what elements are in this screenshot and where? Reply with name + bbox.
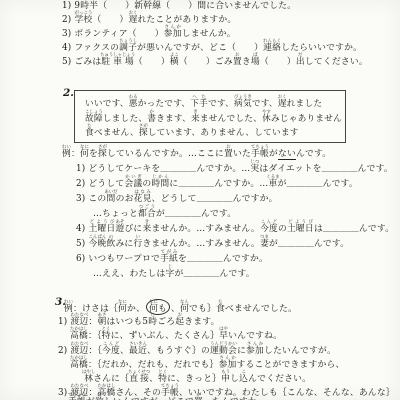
- exercise-2-fill-blanks: 1) どうしてケーキを＿＿＿＿んですか。…実じつはダイエットを＿＿＿＿んです。 …: [76, 160, 394, 280]
- word-box-row-2: 故障こしょうしました、書かきます、来きませんでした、休やすみじゃありません: [85, 110, 345, 125]
- word-box-row-1: いいです、悪わるかったです、下手へたです、病気びょうきです、遅おくれました: [85, 95, 345, 110]
- exercise2-item-3-answer: …ちょっと都合つごうが＿＿＿＿んです。: [76, 205, 394, 220]
- exercise3-example: 例れい：けさは｛何なにか、何なにも、何なんでも｝食たべませんでした。: [56, 299, 395, 313]
- exercise-1-particle-fill: 1) 9時半（ ）新幹線しんかんせん（ ）間まに合いませんでした。 2) 学校が…: [62, 0, 368, 66]
- exercise2-item-4: 4) 土曜日どようび遊あそびに来きませんか。…すみません。今度こんどの土曜日どよ…: [76, 220, 394, 235]
- exercise2-item-2: 2) どうして会議かいぎの時間じかんに＿＿＿＿んですか。…車くるまが＿＿＿＿んで…: [76, 175, 394, 190]
- exercise1-item-1: 1) 9時半（ ）新幹線しんかんせん（ ）間まに合いませんでした。: [62, 0, 368, 11]
- exercise3-item-2-takahashi-cont: 林はやしさんに｛直接ちょくせつ、特とくに、きっと｝申もうし込こんでください。: [56, 370, 395, 384]
- exercise3-item-2-takahashi: 高橋たかはし：｛だれか、だれも、だれでも｝参加さんかすることができますから、: [56, 356, 395, 370]
- exercise3-item-1-takahashi: 高橋たかはし：｛特とくに、ずいぶん、たくさん｝早はやいんですね。: [56, 327, 395, 341]
- exercise2-item-3: 3) この間あいだのお花見はなみ、どうして＿＿＿＿んですか。: [76, 190, 394, 205]
- exercise2-item-6-answer: …ええ、わたしは字じが＿＿＿＿んです。: [76, 265, 394, 280]
- word-box-row-3: 食たべません、探さがしています、ありません、しています: [85, 124, 345, 139]
- word-choice-box: いいです、悪わるかったです、下手へたです、病気びょうきです、遅おくれました 故障…: [74, 90, 346, 143]
- exercise3-item-2-watanabe: 2) 渡辺わたなべ：｛今度こんど、最近さいきん、もうすぐ｝の運動会うんどうかいに…: [56, 342, 395, 356]
- exercise-3-choice-dialogues: 例れい：けさは｛何なにか、何なにも、何なんでも｝食たべませんでした。 1) 渡辺…: [56, 299, 395, 400]
- section-2-number: 2.: [63, 87, 74, 99]
- exercise2-item-1: 1) どうしてケーキを＿＿＿＿んですか。…実じつはダイエットを＿＿＿＿んです。: [76, 160, 394, 175]
- exercise2-item-5: 5) 今晩こんばん飲のみに行いきませんか。…すみません。妻つまが＿＿＿＿んです。: [76, 235, 394, 250]
- worksheet-page: 1) 9時半（ ）新幹線しんかんせん（ ）間まに合いませんでした。 2) 学校が…: [0, 0, 400, 400]
- exercise2-item-6: 6) いつもワープロで手紙てがみを＿＿＿＿んですか。: [76, 250, 394, 265]
- exercise3-item-1-watanabe: 1) 渡辺わたなべ：朝あさはいつも5時じごろ起おきます。: [56, 313, 395, 327]
- exercise2-example: 例れい：何なにを探さがしているんですか。…ここに置おいた手帳てちょうがないんです…: [62, 145, 331, 160]
